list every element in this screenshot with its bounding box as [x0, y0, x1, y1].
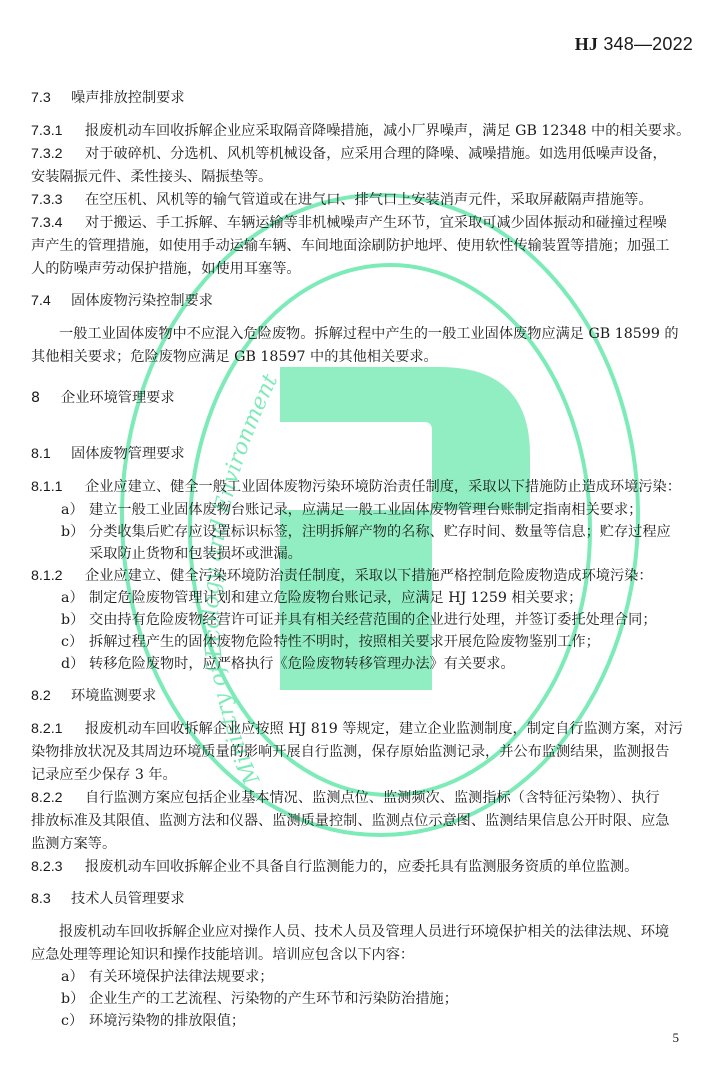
clause-7-3-3: 7.3.3在空压机、风机等的输气管道或在进气口、排气口上安装消声元件，采取屏蔽隔… [31, 190, 653, 210]
clause-8-1-2: 8.1.2企业应建立、健全污染环境防治责任制度，采取以下措施严格控制危险废物造成… [31, 566, 653, 586]
clause-8-2-1-cont1: 染物排放状况及其周边环境质量的影响开展自行监测，保存原始监测记录，并公布监测结果… [31, 742, 669, 762]
section-heading-7-3: 7.3噪声排放控制要求 [31, 88, 185, 108]
list-item-8-1-2-c: c）拆解过程产生的固体废物危险特性不明时，按照相关要求开展危险废物鉴别工作； [61, 632, 600, 652]
section-heading-8-1: 8.1固体废物管理要求 [31, 444, 185, 464]
list-item-8-1-1-b-cont: 采取防止货物和包装损坏或泄漏。 [89, 544, 302, 564]
paragraph-8-3-cont: 应急处理等理论知识和操作技能培训。培训应包含以下内容： [31, 945, 414, 965]
list-item-8-3-a: a）有关环境保护法律法规要求； [61, 967, 273, 987]
clause-8-2-2-cont2: 监测方案等。 [31, 834, 116, 854]
clause-7-3-4-cont1: 声产生的管理措施，如使用手动运输车辆、车间地面涂刷防护地坪、使用软性传输装置等措… [31, 236, 669, 256]
clause-8-2-1: 8.2.1报废机动车回收拆解企业应按照 HJ 819 等规定，建立企业监测制度，… [31, 719, 683, 739]
clause-7-3-2: 7.3.2对于破碎机、分选机、风机等机械设备，应采用合理的降噪、减噪措施。如选用… [31, 144, 667, 164]
list-item-8-1-1-b: b）分类收集后贮存应设置标识标签，注明拆解产物的名称、贮存时间、数量等信息；贮存… [61, 522, 671, 542]
clause-8-1-1: 8.1.1企业应建立、健全一般工业固体废物污染环境防治责任制度，采取以下措施防止… [31, 477, 681, 497]
clause-8-2-2: 8.2.2自行监测方案应包括企业基本情况、监测点位、监测频次、监测指标（含特征污… [31, 788, 660, 808]
clause-7-3-2-cont: 安装隔振元件、柔性接头、隔振垫等。 [31, 167, 272, 187]
clause-7-3-1: 7.3.1报废机动车回收拆解企业应采取隔音降噪措施，减小厂界噪声，满足 GB 1… [31, 121, 690, 141]
paragraph-7-4-cont: 其他相关要求；危险废物应满足 GB 18597 中的其他相关要求。 [31, 347, 438, 367]
section-heading-7-4: 7.4固体废物污染控制要求 [31, 291, 213, 311]
clause-8-2-1-cont2: 记录应至少保存 3 年。 [31, 765, 177, 785]
list-item-8-1-2-d: d）转移危险废物时，应严格执行《危险废物转移管理办法》有关要求。 [61, 654, 515, 674]
paragraph-8-3: 报废机动车回收拆解企业应对操作人员、技术人员及管理人员进行环境保护相关的法律法规… [59, 922, 669, 942]
paragraph-7-4: 一般工业固体废物中不应混入危险废物。拆解过程中产生的一般工业固体废物应满足 GB… [59, 324, 679, 344]
clause-8-2-3: 8.2.3报废机动车回收拆解企业不具备自行监测能力的，应委托具有监测服务资质的单… [31, 857, 638, 877]
list-item-8-1-2-b: b）交由持有危险废物经营许可证并具有相关经营范围的企业进行处理，并签订委托处理合… [61, 610, 657, 630]
standard-code: HJ 348—2022 [575, 34, 693, 55]
clause-7-3-4-cont2: 人的防噪声劳动保护措施，如使用耳塞等。 [31, 259, 301, 279]
clause-7-3-4: 7.3.4对于搬运、手工拆解、车辆运输等非机械噪声产生环节，宜采取可减少固体振动… [31, 213, 667, 233]
list-item-8-3-b: b）企业生产的工艺流程、污染物的产生环节和污染防治措施； [61, 989, 458, 1009]
list-item-8-1-1-a: a）建立一般工业固体废物台账记录，应满足一般工业固体废物管理台账制定指南相关要求… [61, 500, 642, 520]
section-heading-8-3: 8.3技术人员管理要求 [31, 889, 185, 909]
list-item-8-3-c: c）环境污染物的排放限值； [61, 1011, 245, 1031]
list-item-8-1-2-a: a）制定危险废物管理计划和建立危险废物台账记录，应满足 HJ 1259 相关要求… [61, 588, 582, 608]
clause-8-2-2-cont1: 排放标准及其限值、监测方法和仪器、监测质量控制、监测点位示意图、监测结果信息公开… [31, 811, 669, 831]
section-heading-8-2: 8.2环境监测要求 [31, 686, 156, 706]
chapter-heading-8: 8企业环境管理要求 [31, 388, 175, 408]
page-number: 5 [673, 1030, 680, 1046]
